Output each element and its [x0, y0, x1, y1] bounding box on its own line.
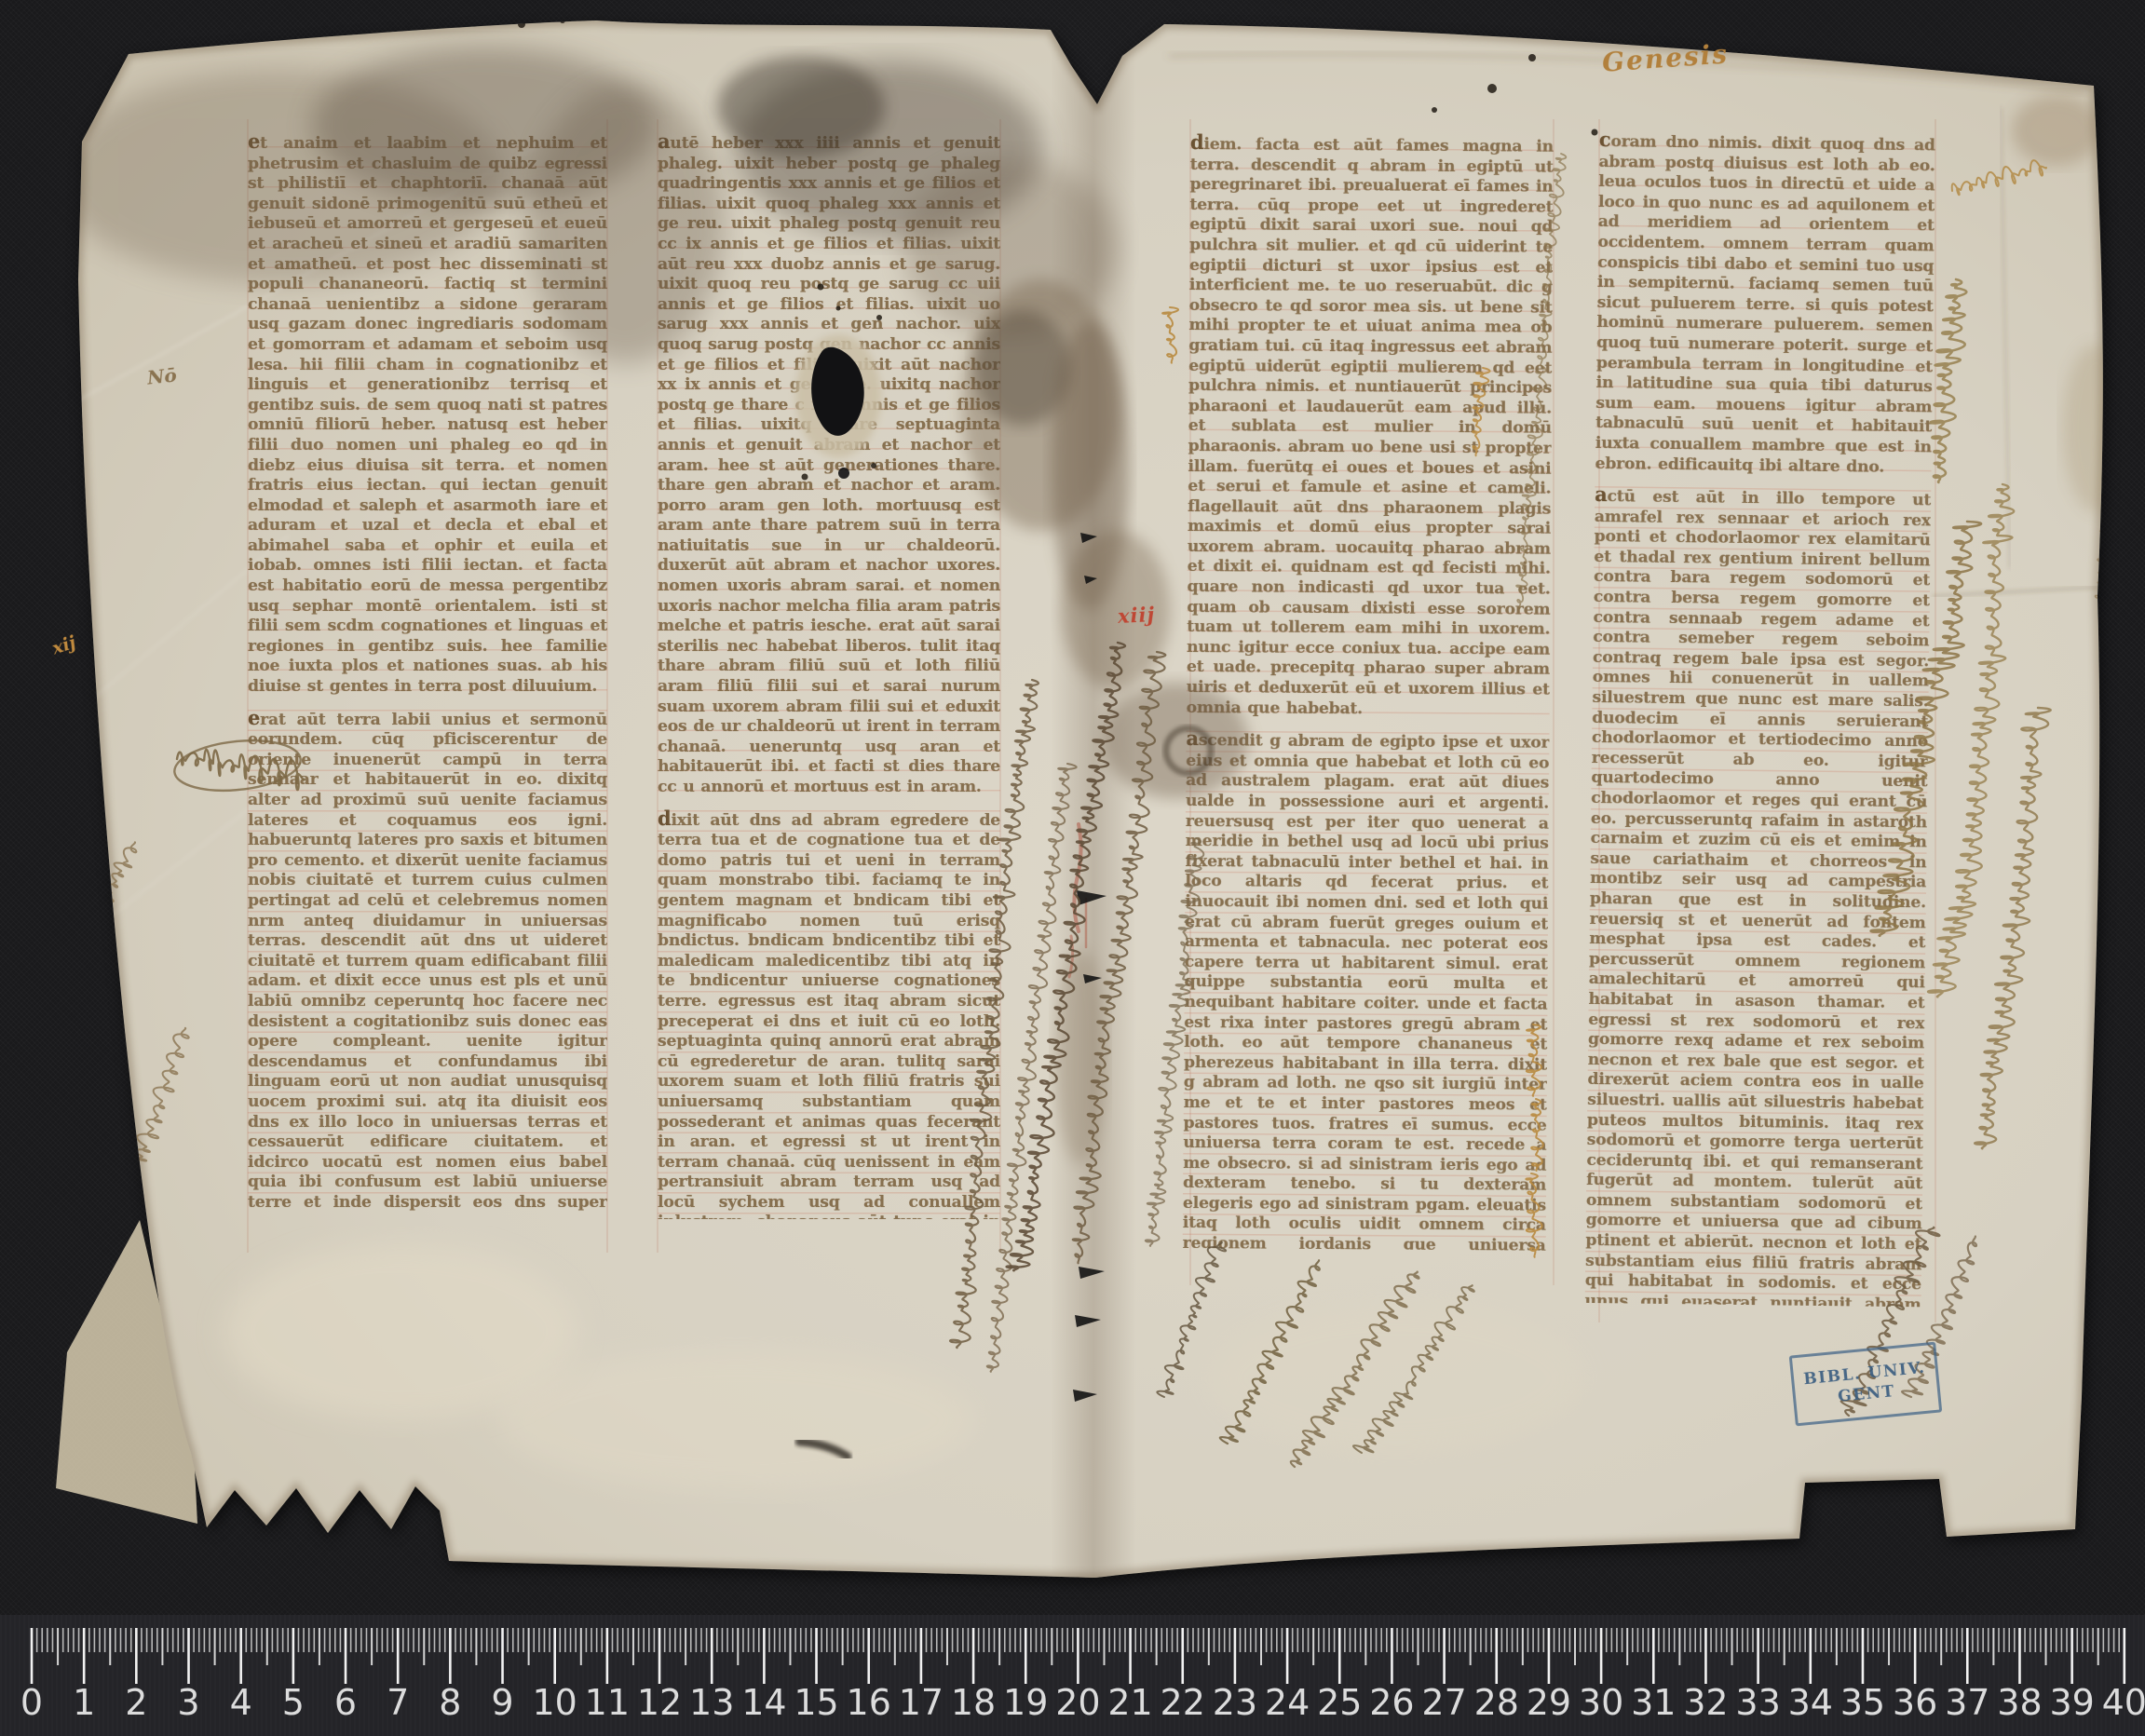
- ruler-number: 8: [420, 1682, 480, 1723]
- column-paragraph: ascendit g abram de egipto ipse et uxor …: [1183, 728, 1550, 1250]
- ruler-number: 34: [1781, 1682, 1840, 1723]
- ruler-number: 29: [1519, 1682, 1579, 1723]
- ruler-number: 35: [1833, 1682, 1893, 1723]
- library-stamp: BIBL. UNIV. GENT: [1789, 1342, 1943, 1427]
- ruler-number: 21: [1101, 1682, 1161, 1723]
- ruler-number: 24: [1257, 1682, 1317, 1723]
- ruler-number: 28: [1467, 1682, 1527, 1723]
- stamp-line2: GENT: [1837, 1381, 1896, 1407]
- column-paragraph: diem. facta est aūt fames magna in terra…: [1187, 132, 1554, 721]
- ruler-number: 10: [525, 1682, 585, 1723]
- manuscript-column-left-a: et anaim et laabim et nephuim et phetrus…: [248, 131, 607, 1212]
- ruler-number: 12: [630, 1682, 689, 1723]
- column-paragraph: et anaim et laabim et nephuim et phetrus…: [248, 131, 607, 698]
- manuscript-column-right-b: coram dno nimis. dixit quoq dns ad abram…: [1585, 129, 1935, 1307]
- ruler-number: 32: [1676, 1682, 1735, 1723]
- ruler-number: 39: [2043, 1682, 2102, 1723]
- text-columns: et anaim et laabim et nephuim et phetrus…: [0, 0, 2145, 1736]
- ruler-number: 17: [891, 1682, 951, 1723]
- ruler-number: 40: [2095, 1682, 2145, 1723]
- ruler-number: 38: [1989, 1682, 2049, 1723]
- ruler-number: 23: [1205, 1682, 1265, 1723]
- ruler-number: 0: [2, 1682, 61, 1723]
- ruler-number: 3: [159, 1682, 219, 1723]
- ruler-number: 22: [1153, 1682, 1213, 1723]
- ruler-number: 37: [1937, 1682, 1997, 1723]
- margin-note-no: Nō: [146, 363, 178, 388]
- column-paragraph: actū est aūt in illo tempore ut amrafel …: [1585, 484, 1932, 1307]
- ruler-number: 18: [944, 1682, 1003, 1723]
- ruler-number: 31: [1623, 1682, 1683, 1723]
- ruler-number: 7: [368, 1682, 428, 1723]
- ruler-number: 5: [264, 1682, 323, 1723]
- column-paragraph: coram dno nimis. dixit quoq dns ad abram…: [1595, 129, 1935, 478]
- ruler-number: 20: [1048, 1682, 1107, 1723]
- ruler-number: 14: [734, 1682, 794, 1723]
- ruler-number: 15: [787, 1682, 847, 1723]
- ruler-number: 33: [1729, 1682, 1788, 1723]
- ruler-number: 19: [996, 1682, 1055, 1723]
- ruler-number: 4: [211, 1682, 271, 1723]
- ruler-number: 9: [473, 1682, 533, 1723]
- column-paragraph: dixit aūt dns ad abram egredere de terra…: [658, 808, 1000, 1219]
- manuscript-photo: et anaim et laabim et nephuim et phetrus…: [0, 0, 2145, 1736]
- manuscript-column-left-b: autē heber xxx iiii annis et genuit phal…: [658, 131, 1000, 1219]
- ruler-number: 1: [54, 1682, 114, 1723]
- column-paragraph: autē heber xxx iiii annis et genuit phal…: [658, 131, 1000, 798]
- ruler-number: 2: [106, 1682, 166, 1723]
- manuscript-column-right-a: diem. facta est aūt fames magna in terra…: [1183, 132, 1554, 1251]
- column-paragraph: erat aūt terra labii unius et sermonū eo…: [248, 708, 607, 1212]
- ruler-number: 27: [1415, 1682, 1474, 1723]
- ruler-number: 36: [1885, 1682, 1945, 1723]
- ruler-number: 13: [682, 1682, 741, 1723]
- ruler-number: 30: [1571, 1682, 1631, 1723]
- cm-ruler: 0123456789101112131415161718192021222324…: [0, 1615, 2145, 1736]
- ruler-number: 16: [839, 1682, 899, 1723]
- ruler-number: 11: [577, 1682, 637, 1723]
- ruler-number: 6: [316, 1682, 375, 1723]
- ruler-number: 26: [1362, 1682, 1421, 1723]
- quire-signature: xiij: [1117, 603, 1155, 628]
- ruler-number: 25: [1310, 1682, 1369, 1723]
